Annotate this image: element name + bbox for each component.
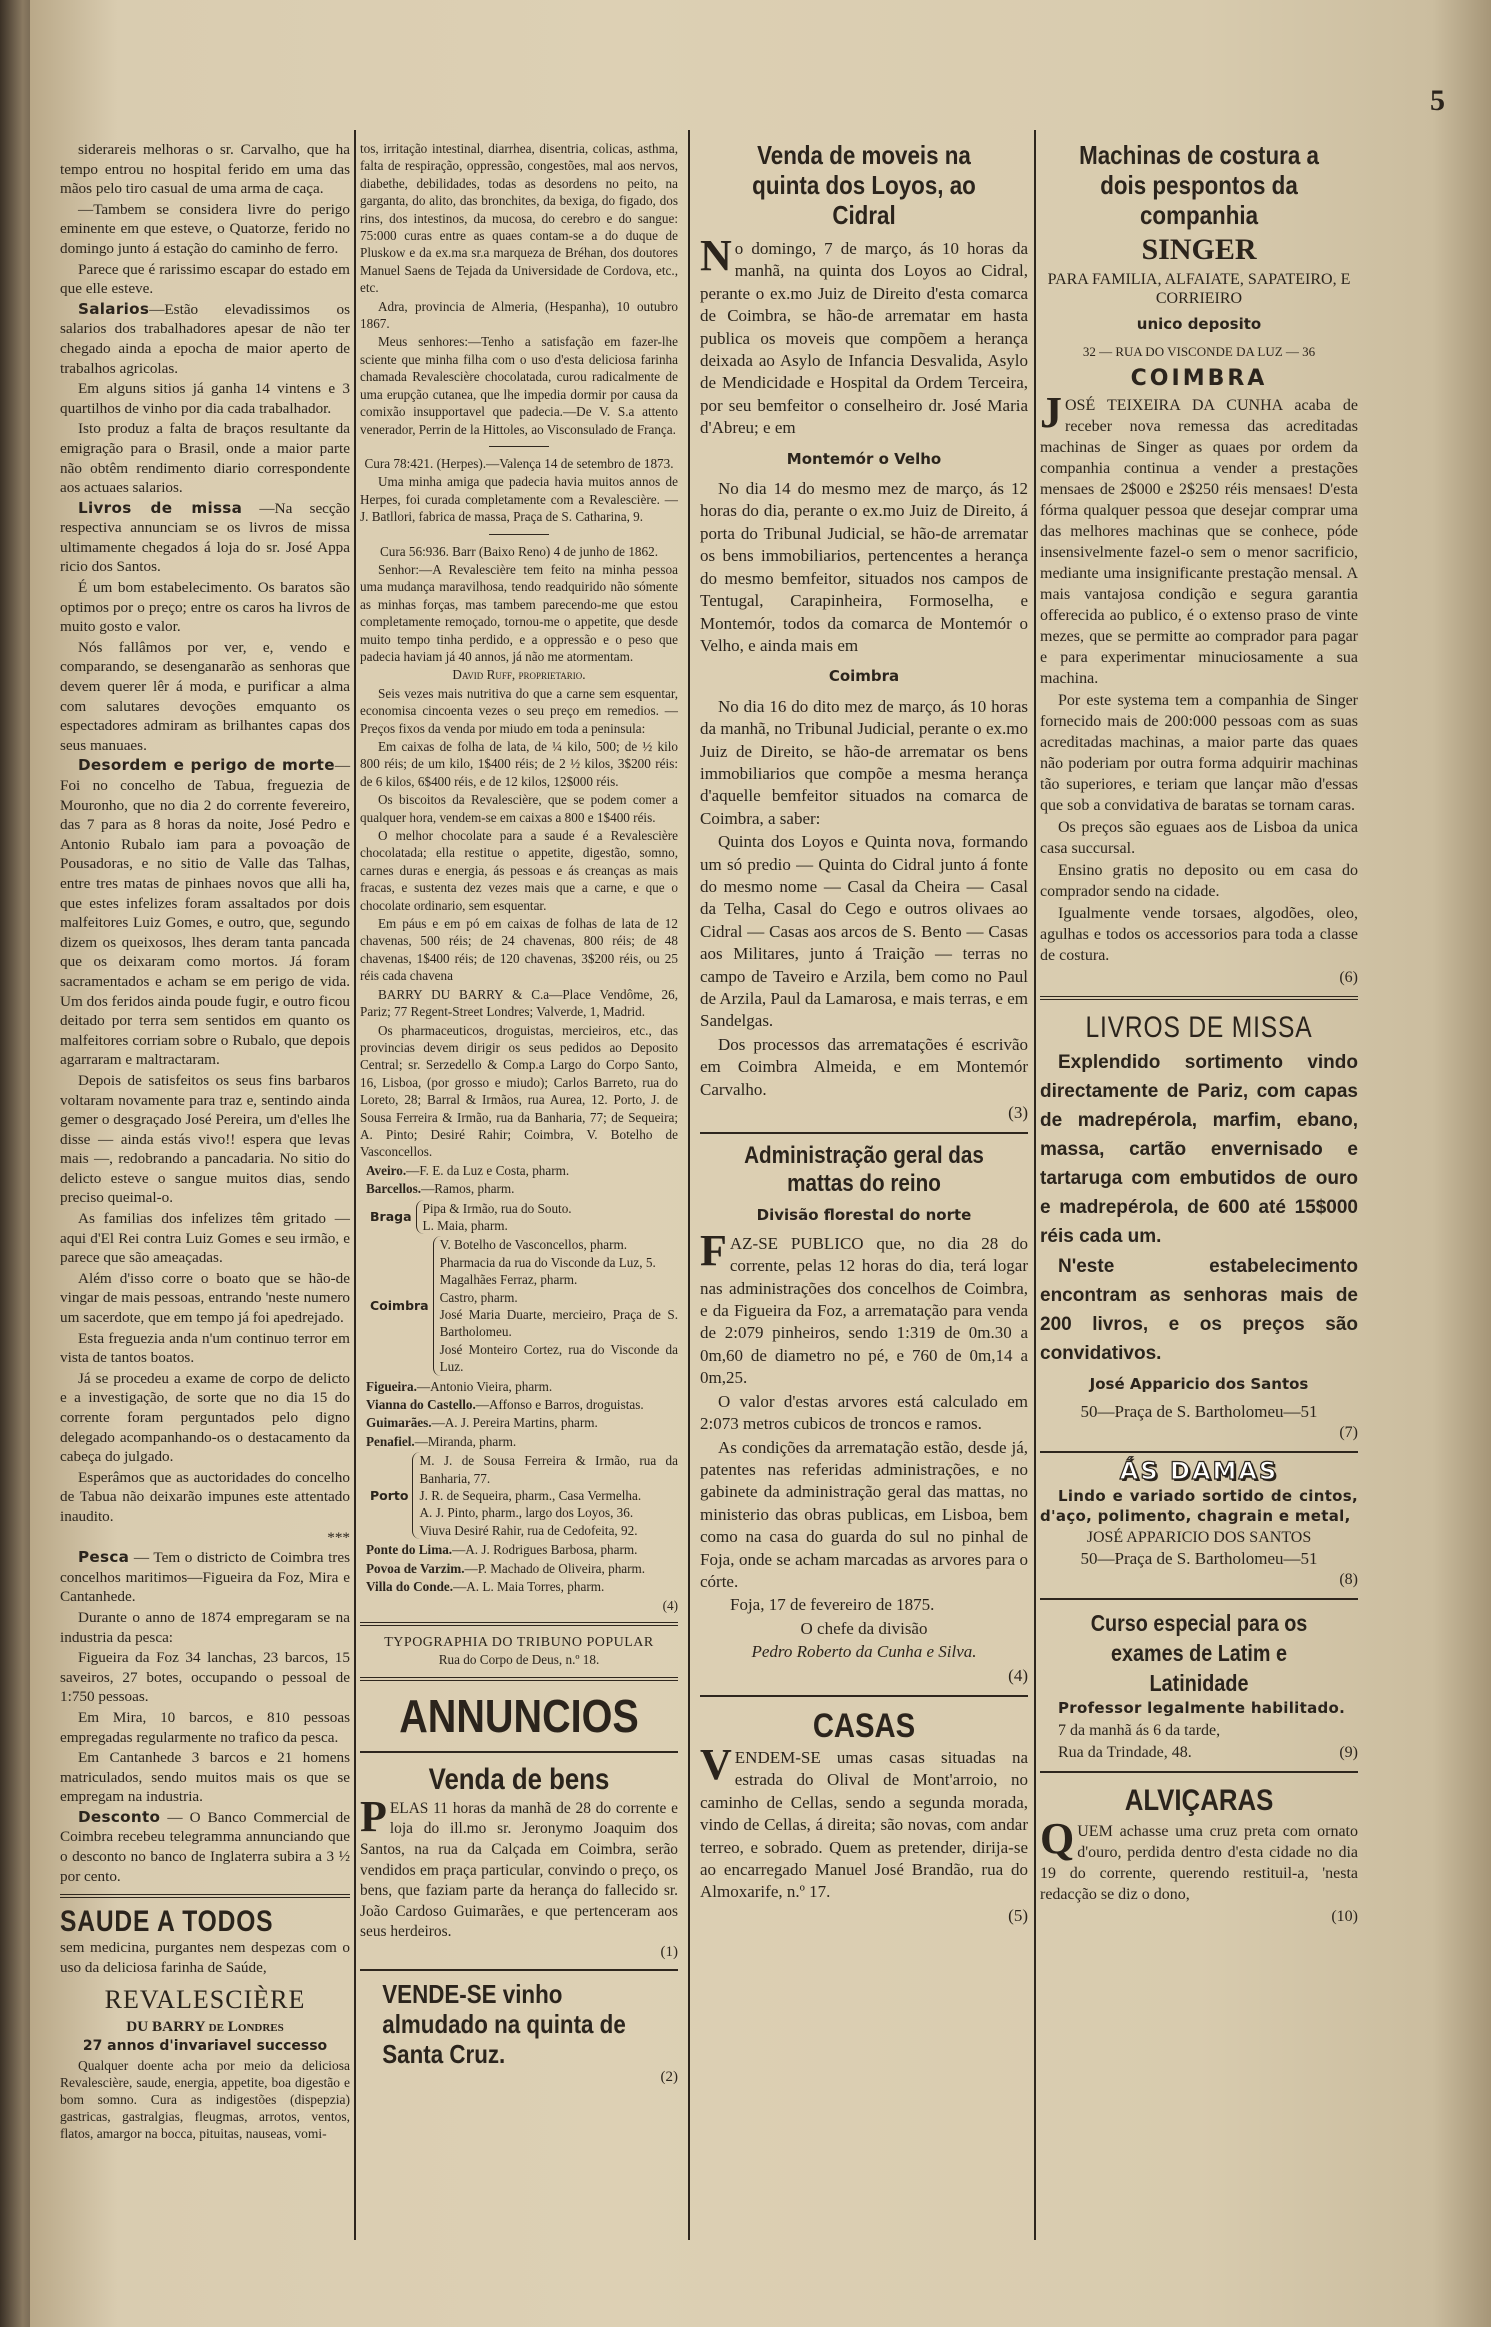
column-rule — [354, 130, 356, 2240]
divider — [360, 1751, 678, 1753]
ad-title: VENDE-SE vinho almudado na quinta de San… — [382, 1979, 655, 2069]
ad-title: SAUDE A TODOS — [60, 1906, 239, 1938]
news-lead: Pesca — [78, 1548, 129, 1566]
news-lead: Desconto — [78, 1808, 160, 1826]
ad-title: LIVROS DE MISSA — [1069, 1008, 1330, 1048]
paragraph: Uma minha amiga que padecia havia muitos… — [360, 473, 678, 525]
paragraph: No dia 16 do dito mez de março, ás 10 ho… — [700, 696, 1028, 830]
ad-body: Qualquer doente acha por meio da delicio… — [60, 2057, 350, 2142]
agent-entry: Penafiel.—Miranda, pharm. — [360, 1433, 678, 1450]
section-divider — [360, 1677, 678, 1681]
paragraph: Em páus e em pó em caixas de folhas de l… — [360, 915, 678, 985]
paragraph: Igualmente vende torsaes, algodões, oleo… — [1040, 903, 1358, 966]
paragraph: Quinta dos Loyos e Quinta nova, formando… — [700, 831, 1028, 1033]
printer-name: TYPOGRAPHIA DO TRIBUNO POPULAR — [360, 1634, 678, 1651]
paragraph: Depois de satisfeitos os seus fins barba… — [60, 1071, 350, 1208]
drop-cap: N — [700, 238, 732, 274]
ad-body: JOSÉ TEIXEIRA DA CUNHA acaba de receber … — [1040, 395, 1358, 689]
paragraph: Nós fallâmos por ver, e, vendo e compara… — [60, 638, 350, 756]
ad-body: N'este estabelecimento encontram as senh… — [1040, 1252, 1358, 1368]
ad-title: CASAS — [723, 1705, 1005, 1747]
ad-brand: REVALESCIÈRE — [60, 1983, 350, 2017]
agent-entry: Villa do Conde.—A. L. Maia Torres, pharm… — [360, 1578, 678, 1595]
paragraph: Os biscoitos da Revalescière, que se pod… — [360, 791, 678, 826]
paragraph: Dos processos das arrematações é escrivã… — [700, 1034, 1028, 1101]
section-heading: Divisão florestal do norte — [700, 1204, 1028, 1226]
agent-group-coimbra: Coimbra V. Botelho de Vasconcellos, phar… — [370, 1236, 678, 1375]
paragraph: Adra, provincia de Almeria, (Hespanha), … — [360, 298, 678, 333]
paragraph: tos, irritação intestinal, diarrhea, dis… — [360, 140, 678, 297]
seller-address: 50—Praça de S. Bartholomeu—51 — [1040, 1548, 1358, 1569]
ad-body: FAZ-SE PUBLICO que, no dia 28 do corrent… — [700, 1233, 1028, 1390]
ad-reference: (5) — [700, 1905, 1028, 1927]
paragraph: O valor d'estas arvores está calculado e… — [700, 1391, 1028, 1436]
paragraph: Os pharmaceuticos, droguistas, mercieiro… — [360, 1022, 678, 1161]
drop-cap: J — [1040, 395, 1062, 431]
divider — [1040, 1598, 1358, 1600]
ad-reference: (9) — [1321, 1742, 1358, 1763]
ad-body: VENDEM-SE umas casas situadas na estrada… — [700, 1747, 1028, 1904]
separator-asterisks: *** — [60, 1528, 350, 1548]
divider — [700, 1132, 1028, 1134]
printer-address: Rua do Corpo de Deus, n.º 18. — [360, 1651, 678, 1668]
agent-entry: Ponte do Lima.—A. J. Rodrigues Barbosa, … — [360, 1541, 678, 1558]
paragraph: Em Mira, 10 barcos, e 810 pessoas empreg… — [60, 1708, 350, 1747]
drop-cap: P — [360, 1799, 387, 1835]
signature: David Ruff, proprietario. — [360, 666, 678, 683]
column-4: Machinas de costura a dois pespontos da … — [1040, 140, 1358, 1928]
ad-title: Administração geral das mattas do reino — [723, 1142, 1005, 1198]
ad-reference: (4) — [700, 1665, 1028, 1687]
news-item-pesca: Pesca — Tem o districto de Coimbra tres … — [60, 1548, 350, 1607]
ad-body: No domingo, 7 de março, ás 10 horas da m… — [700, 238, 1028, 440]
ad-reference: (3) — [700, 1102, 1028, 1124]
column-1: siderareis melhoras o sr. Carvalho, que … — [60, 140, 350, 2143]
city-name: COIMBRA — [1040, 368, 1358, 389]
column-rule — [688, 130, 690, 2240]
ad-reference: (8) — [1040, 1569, 1358, 1590]
cure-heading: Cura 56:936. Barr (Baixo Reno) 4 de junh… — [360, 543, 678, 560]
paragraph: É um bom estabelecimento. Os baratos são… — [60, 578, 350, 637]
paragraph: Por este systema tem a companhia de Sing… — [1040, 690, 1358, 816]
paragraph: Já se procedeu a exame de corpo de delic… — [60, 1369, 350, 1467]
section-heading: Coimbra — [700, 665, 1028, 687]
news-lead: Salarios — [78, 300, 149, 318]
cure-heading: Cura 78:421. (Herpes).—Valença 14 de set… — [360, 455, 678, 472]
paragraph: Rua da Trindade, 48. (9) — [1040, 1742, 1358, 1763]
ad-subtitle: sem medicina, purgantes nem despezas com… — [60, 1938, 350, 1977]
signatory-name: Pedro Roberto da Cunha e Silva. — [700, 1641, 1028, 1663]
paragraph: No dia 14 do mesmo mez de março, ás 12 h… — [700, 478, 1028, 657]
paragraph: —Tambem se considera livre do perigo emi… — [60, 200, 350, 259]
paragraph: siderareis melhoras o sr. Carvalho, que … — [60, 140, 350, 199]
paragraph: Parece que é rarissimo escapar do estado… — [60, 260, 350, 299]
agent-entry: Aveiro.—F. E. da Luz e Costa, pharm. — [360, 1162, 678, 1179]
ad-reference: (4) — [360, 1597, 678, 1614]
news-item-salarios: Salarios—Estão elevadissimos os salarios… — [60, 300, 350, 378]
ad-body: Lindo e variado sortido de cintos, d'aço… — [1040, 1486, 1358, 1526]
ad-reference: (1) — [360, 1944, 678, 1961]
paragraph: BARRY DU BARRY & C.a—Place Vendôme, 26, … — [360, 986, 678, 1021]
news-item-desconto: Desconto — O Banco Commercial de Coimbra… — [60, 1808, 350, 1886]
column-rule — [1034, 130, 1036, 2240]
seller-name: JOSÉ APPARICIO DOS SANTOS — [1040, 1527, 1358, 1548]
ad-maker: DU BARRY de Londres — [60, 2017, 350, 2037]
paragraph: 7 da manhã ás 6 da tarde, — [1040, 1720, 1358, 1741]
paragraph: Meus senhores:—Tenho a satisfação em faz… — [360, 333, 678, 437]
divider — [1040, 1771, 1358, 1773]
paragraph: Seis vezes mais nutritiva do que a carne… — [360, 685, 678, 737]
paragraph: As familias dos infelizes têm gritado — … — [60, 1209, 350, 1268]
ad-body: Professor legalmente habilitado. — [1040, 1698, 1358, 1719]
ad-body: Explendido sortimento vindo directamente… — [1040, 1048, 1358, 1251]
paragraph: Isto produz a falta de braços resultante… — [60, 419, 350, 497]
agent-entry: Guimarães.—A. J. Pereira Martins, pharm. — [360, 1414, 678, 1431]
drop-cap: Q — [1040, 1821, 1074, 1857]
drop-cap: F — [700, 1233, 727, 1269]
date-line: Foja, 17 de fevereiro de 1875. — [700, 1594, 1028, 1616]
paragraph: Em caixas de folha de lata, de ¼ kilo, 5… — [360, 738, 678, 790]
section-divider — [60, 1894, 350, 1898]
column-3: Venda de moveis na quinta dos Loyos, ao … — [700, 140, 1028, 1928]
ad-title: ÁS DAMAS — [1040, 1461, 1358, 1482]
ad-body: QUEM achasse uma cruz preta com ornato d… — [1040, 1821, 1358, 1905]
agent-entry: Povoa de Varzim.—P. Machado de Oliveira,… — [360, 1560, 678, 1577]
ad-tagline: 27 annos d'invariavel successo — [60, 2037, 350, 2057]
paragraph: Os preços são eguaes aos de Lisboa da un… — [1040, 817, 1358, 859]
ad-body: PELAS 11 horas da manhã de 28 do corrent… — [360, 1799, 678, 1943]
ad-reference: (2) — [360, 2069, 678, 2086]
paragraph: Em alguns sitios já ganha 14 vintens e 3… — [60, 379, 350, 418]
ad-saude-a-todos: SAUDE A TODOS — [60, 1906, 350, 1938]
agent-entry: Barcellos.—Ramos, pharm. — [360, 1180, 678, 1197]
section-divider — [360, 1622, 678, 1626]
ad-reference: (10) — [1040, 1906, 1358, 1927]
ad-title: Machinas de costura a dois pespontos da … — [1062, 140, 1335, 230]
divider — [700, 1695, 1028, 1697]
ad-subtitle: PARA FAMILIA, ALFAIATE, SAPATEIRO, E COR… — [1040, 270, 1358, 308]
paragraph: Esta freguezia anda n'um continuo terror… — [60, 1329, 350, 1368]
ad-title: Curso especial para os exames de Latim e… — [1062, 1608, 1335, 1698]
section-heading: Montemór o Velho — [700, 448, 1028, 470]
page-number: 5 — [1430, 84, 1445, 118]
paragraph: Em Cantanhede 3 barcos e 21 homens matri… — [60, 1748, 350, 1807]
news-item-livros: Livros de missa —Na secção respectiva an… — [60, 499, 350, 577]
news-lead: Desordem e perigo de morte — [78, 756, 335, 774]
divider — [489, 534, 549, 535]
seller-address: 50—Praça de S. Bartholomeu—51 — [1040, 1401, 1358, 1422]
paragraph: Senhor:—A Revalescière tem feito na minh… — [360, 561, 678, 665]
news-lead: Livros de missa — [78, 499, 242, 517]
agent-group-braga: Braga Pipa & Irmão, rua do Souto. L. Mai… — [370, 1200, 678, 1235]
annuncios-heading: ANNUNCIOS — [382, 1689, 655, 1743]
seller-name: José Apparicio dos Santos — [1040, 1374, 1358, 1395]
brand-singer: SINGER — [1040, 230, 1358, 270]
paragraph: Figueira da Foz 34 lanchas, 23 barcos, 1… — [60, 1648, 350, 1707]
divider — [1040, 1451, 1358, 1453]
ad-title: Venda de bens — [382, 1761, 655, 1799]
paragraph: Além d'isso corre o boato que se hão-de … — [60, 1269, 350, 1328]
signatory-role: O chefe da divisão — [700, 1618, 1028, 1640]
ad-subtitle: unico deposito — [1040, 314, 1358, 335]
paragraph: O melhor chocolate para a saude é a Reva… — [360, 827, 678, 914]
paragraph: As condições da arrematação estão, desde… — [700, 1437, 1028, 1594]
news-item-desordem: Desordem e perigo de morte—Foi no concel… — [60, 756, 350, 1070]
ad-reference: (6) — [1040, 967, 1358, 988]
divider — [489, 446, 549, 447]
ad-title: Venda de moveis na quinta dos Loyos, ao … — [723, 140, 1005, 230]
divider — [360, 1969, 678, 1971]
agent-entry: Vianna do Castello.—Affonso e Barros, dr… — [360, 1396, 678, 1413]
ad-title: ALVIÇARAS — [1062, 1781, 1335, 1821]
agent-group-porto: Porto M. J. de Sousa Ferreira & Irmão, r… — [370, 1452, 678, 1539]
address: 32 — RUA DO VISCONDE DA LUZ — 36 — [1040, 341, 1358, 362]
paragraph: Ensino gratis no deposito ou em casa do … — [1040, 860, 1358, 902]
ad-reference: (7) — [1040, 1422, 1358, 1443]
agent-entry: Figueira.—Antonio Vieira, pharm. — [360, 1378, 678, 1395]
drop-cap: V — [700, 1747, 732, 1783]
column-2: tos, irritação intestinal, diarrhea, dis… — [360, 140, 678, 2088]
paragraph: Esperâmos que as auctoridades do concelh… — [60, 1468, 350, 1527]
section-divider — [1040, 996, 1358, 1000]
paragraph: Durante o anno de 1874 empregaram se na … — [60, 1608, 350, 1647]
